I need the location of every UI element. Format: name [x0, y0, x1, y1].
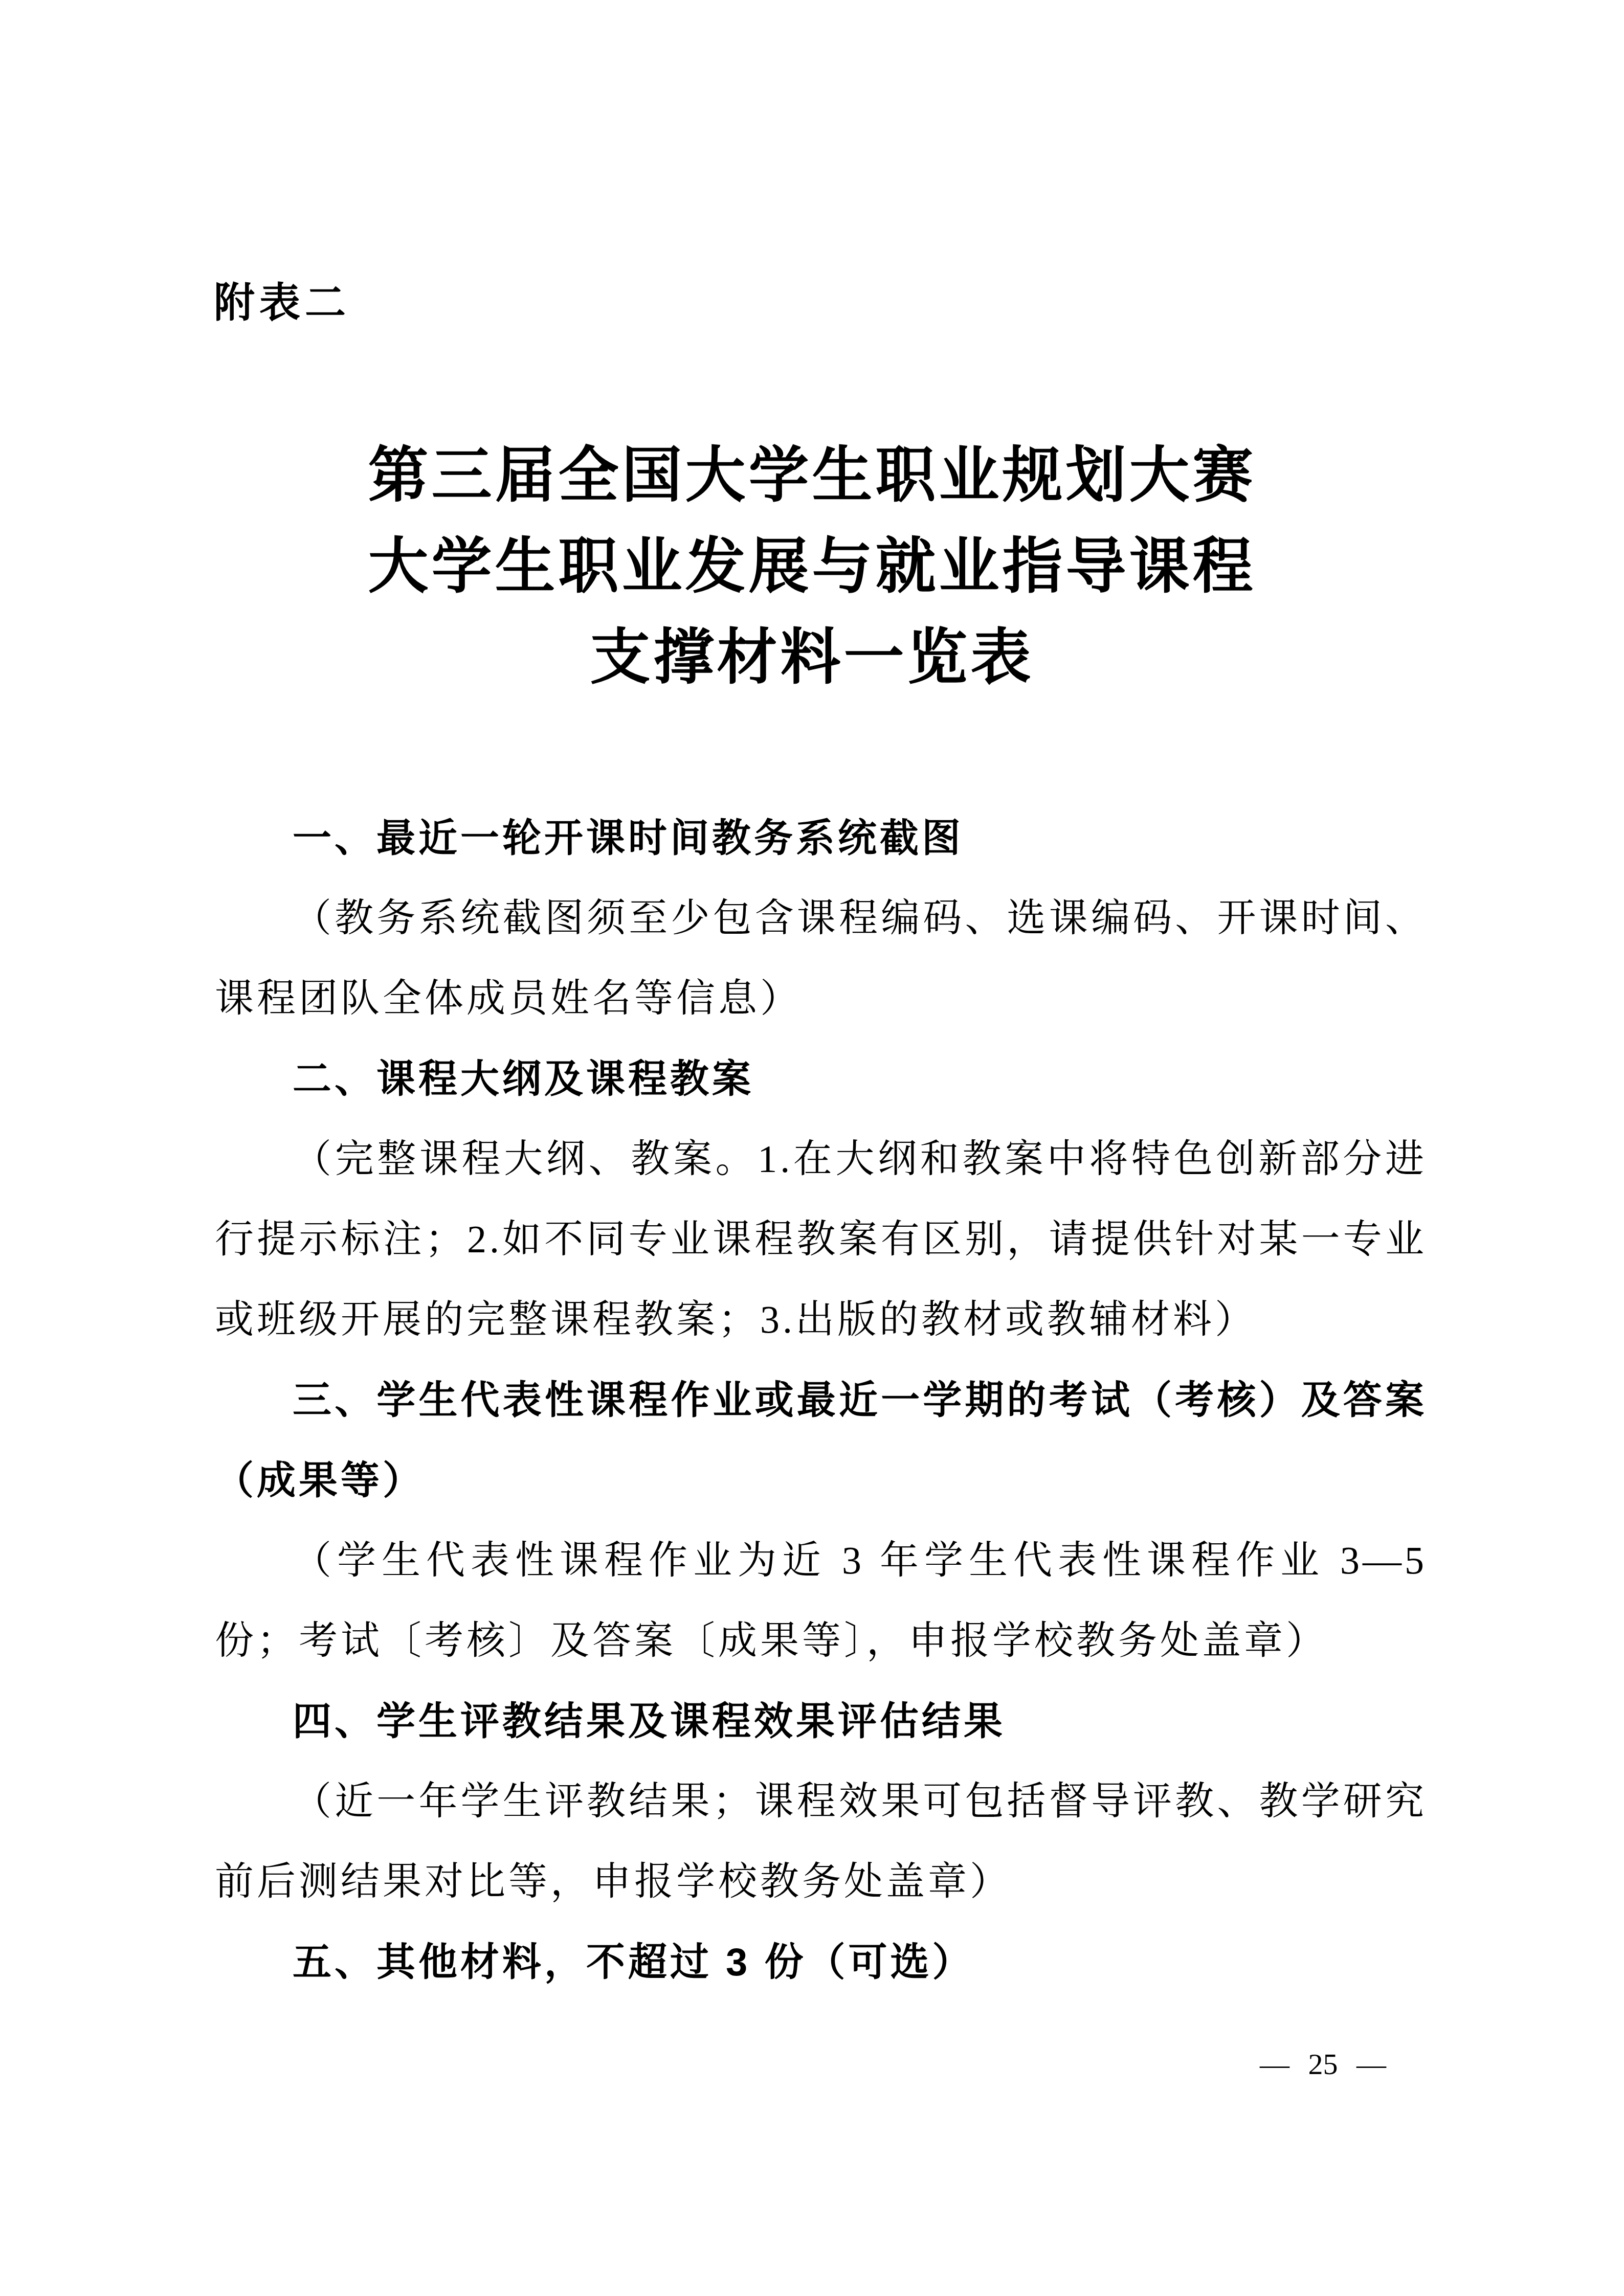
section-2-heading: 二、课程大纲及课程教案 [215, 1039, 1427, 1119]
title-line-3: 支撑材料一览表 [0, 613, 1624, 704]
document-title: 第三届全国大学生职业规划大赛 大学生职业发展与就业指导课程 支撑材料一览表 [0, 431, 1624, 704]
page-number: — 25 — [1260, 2046, 1386, 2082]
document-page: 附表二 第三届全国大学生职业规划大赛 大学生职业发展与就业指导课程 支撑材料一览… [0, 0, 1624, 2296]
title-line-1: 第三届全国大学生职业规划大赛 [0, 431, 1624, 522]
title-line-2: 大学生职业发展与就业指导课程 [0, 522, 1624, 613]
appendix-label: 附表二 [214, 280, 350, 325]
section-1-note: （教务系统截图须至少包含课程编码、选课编码、开课时间、课程团队全体成员姓名等信息… [215, 879, 1427, 1039]
section-1-heading: 一、最近一轮开课时间教务系统截图 [215, 798, 1427, 879]
section-3-heading: 三、学生代表性课程作业或最近一学期的考试（考核）及答案（成果等） [215, 1360, 1427, 1521]
section-4-note: （近一年学生评教结果；课程效果可包括督导评教、教学研究前后测结果对比等，申报学校… [215, 1762, 1427, 1922]
document-body: 一、最近一轮开课时间教务系统截图 （教务系统截图须至少包含课程编码、选课编码、开… [215, 798, 1427, 2002]
section-2-note: （完整课程大纲、教案。1.在大纲和教案中将特色创新部分进行提示标注；2.如不同专… [215, 1119, 1427, 1360]
section-4-heading: 四、学生评教结果及课程效果评估结果 [215, 1681, 1427, 1762]
section-5-heading: 五、其他材料，不超过 3 份（可选） [215, 1922, 1427, 2002]
section-3-note: （学生代表性课程作业为近 3 年学生代表性课程作业 3—5 份；考试〔考核〕及答… [215, 1521, 1427, 1681]
